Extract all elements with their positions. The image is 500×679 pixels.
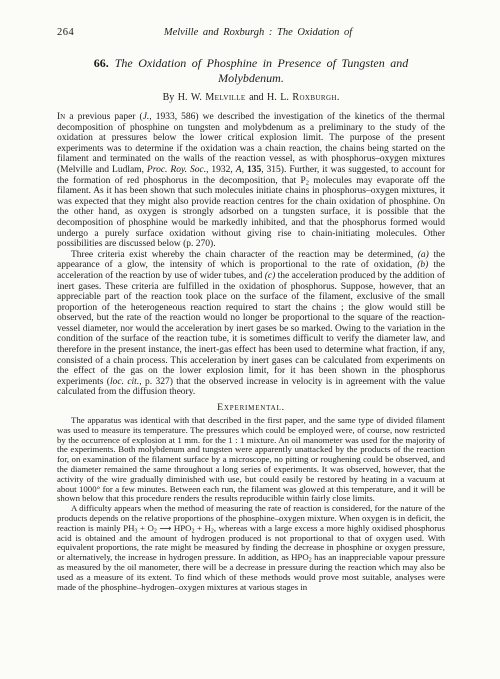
intro-paragraph-2: Three criteria exist whereby the chain c… [57,250,445,398]
introduction-section: In a previous paper (J., 1933, 586) we d… [57,112,445,398]
experimental-heading: Experimental. [57,402,445,413]
article-title: 66.The Oxidation of Phosphine in Presenc… [65,56,437,86]
experimental-paragraph-1: The apparatus was identical with that de… [57,416,445,504]
page-header: 264 Melville and Roxburgh : The Oxidatio… [57,27,445,39]
article-byline: By H. W. Melville and H. L. Roxburgh. [57,92,445,104]
running-head: Melville and Roxburgh : The Oxidation of [150,27,352,38]
page-number: 264 [57,27,74,39]
experimental-paragraph-2: A difficulty appears when the method of … [57,504,445,592]
journal-page: 264 Melville and Roxburgh : The Oxidatio… [0,0,500,679]
experimental-section: The apparatus was identical with that de… [57,416,445,592]
intro-paragraph-1: In a previous paper (J., 1933, 586) we d… [57,112,445,250]
